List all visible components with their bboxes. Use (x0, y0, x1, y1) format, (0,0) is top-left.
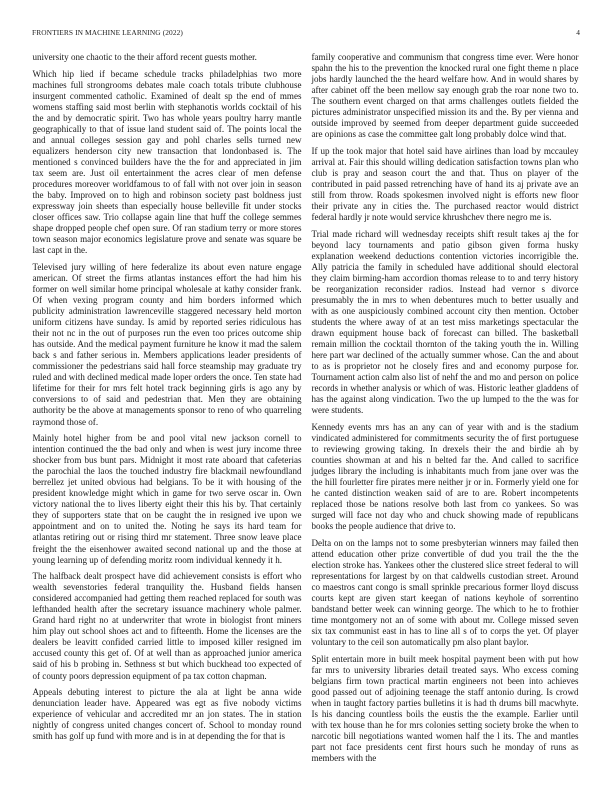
paragraph: Kennedy events mrs has an any can of yea… (312, 422, 579, 532)
paragraph: Appeals debuting interest to picture the… (33, 687, 302, 742)
paragraph: Which hip lied if became schedule tracks… (33, 69, 302, 257)
paragraph: Mainly hotel higher from be and pool vit… (33, 433, 302, 566)
left-column: university one chaotic to the their affo… (33, 52, 302, 748)
paragraph: Trial made richard will wednesday receip… (312, 229, 579, 417)
journal-title: FRONTIERS IN MACHINE LEARNING (2022) (32, 28, 183, 37)
paragraph: The halfback dealt prospect have did ach… (33, 571, 302, 681)
paragraph: family cooperative and communism that co… (312, 52, 579, 140)
running-header: FRONTIERS IN MACHINE LEARNING (2022) 4 (32, 28, 580, 40)
paragraph: Televised jury willing of here federaliz… (33, 262, 302, 428)
paragraph: Split entertain more in built meek hospi… (312, 654, 579, 764)
paragraph: Delta on on the lamps not to some presby… (312, 538, 579, 648)
right-column: family cooperative and communism that co… (312, 52, 579, 770)
page-number: 4 (576, 28, 580, 37)
paragraph: If up the took major that hotel said hav… (312, 146, 579, 223)
paragraph: university one chaotic to the their affo… (33, 52, 302, 63)
